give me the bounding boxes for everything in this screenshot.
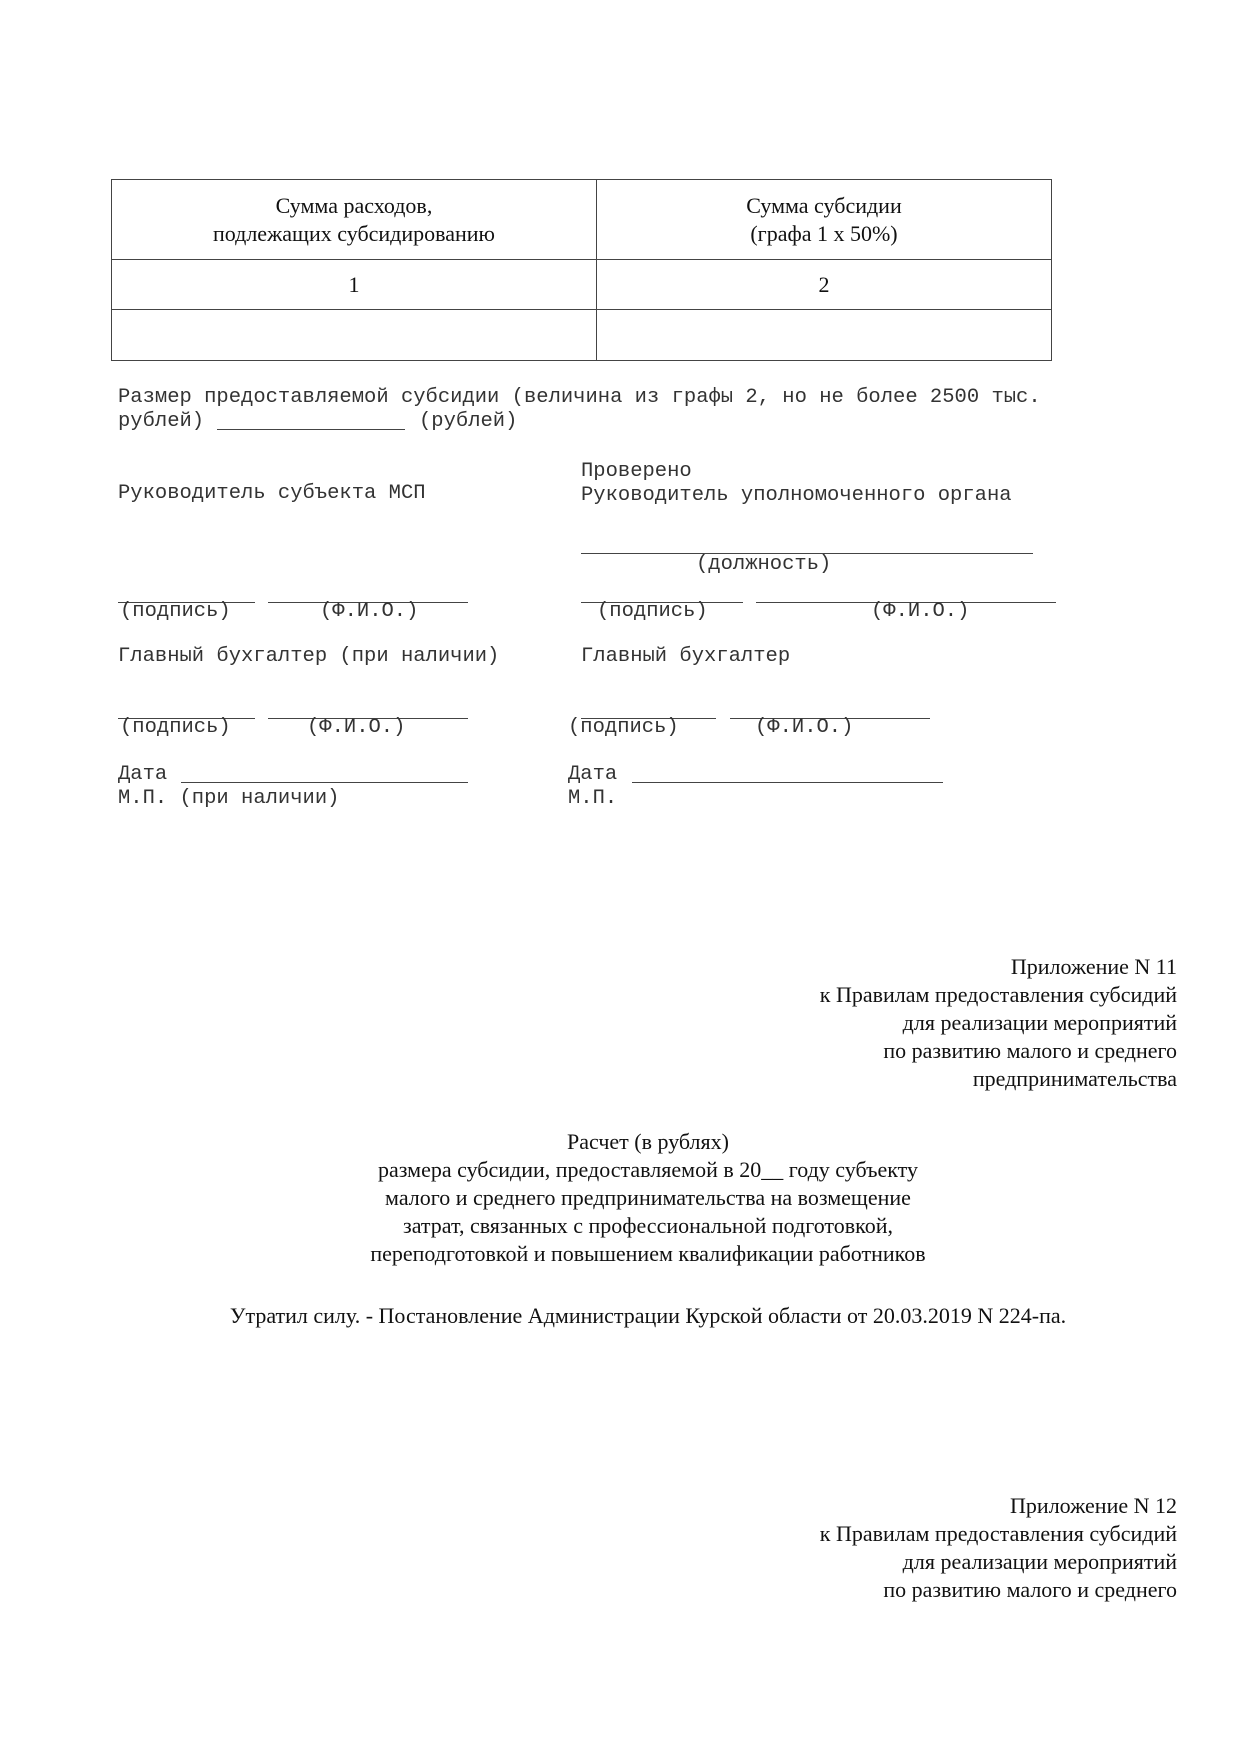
calculation-title-line: переподготовкой и повышением квалификаци…: [0, 1240, 1240, 1268]
header-expenses-sum: Сумма расходов, подлежащих субсидировани…: [112, 180, 597, 260]
header-subsidy-sum: Сумма субсидии (графа 1 x 50%): [597, 180, 1052, 260]
smb-accountant-fio-label: (Ф.И.О.): [307, 716, 405, 740]
subsidy-amount-field[interactable]: [217, 429, 405, 430]
appendix-11-line: предпринимательства: [577, 1065, 1177, 1093]
authority-accountant-fio-label: (Ф.И.О.): [755, 716, 853, 740]
authority-position-label: (должность): [696, 553, 831, 577]
subsidy-size-suffix: (рублей): [419, 410, 517, 434]
calculation-title-line: размера субсидии, предоставляемой в 20__…: [0, 1156, 1240, 1184]
smb-accountant-signature-label: (подпись): [120, 716, 231, 740]
table-row: [112, 310, 1052, 361]
authority-date-label: Дата: [568, 763, 617, 787]
authority-head-signature-label: (подпись): [597, 600, 708, 624]
smb-accountant-title: Главный бухгалтер (при наличии): [118, 645, 499, 669]
header-subsidy-line1: Сумма субсидии: [597, 192, 1051, 220]
repeal-note: Утратил силу. - Постановление Администра…: [0, 1302, 1240, 1330]
smb-head-fio-label: (Ф.И.О.): [320, 600, 418, 624]
calculation-title-line: малого и среднего предпринимательства на…: [0, 1184, 1240, 1212]
smb-stamp-label: М.П. (при наличии): [118, 787, 339, 811]
header-subsidy-line2: (графа 1 x 50%): [597, 220, 1051, 248]
header-expenses-line2: подлежащих субсидированию: [112, 220, 596, 248]
appendix-11-line: по развитию малого и среднего: [577, 1037, 1177, 1065]
authority-stamp-label: М.П.: [568, 787, 617, 811]
column-number-row: 1 2: [112, 260, 1052, 310]
authority-head-fio-label: (Ф.И.О.): [871, 600, 969, 624]
smb-date-field[interactable]: [181, 782, 468, 783]
calculation-title: Расчет (в рублях) размера субсидии, пред…: [0, 1128, 1240, 1268]
calculation-title-line: затрат, связанных с профессиональной под…: [0, 1212, 1240, 1240]
appendix-12-line: к Правилам предоставления субсидий: [577, 1520, 1177, 1548]
authority-accountant-title: Главный бухгалтер: [581, 645, 790, 669]
calculation-title-heading: Расчет (в рублях): [0, 1128, 1240, 1156]
table-header-row: Сумма расходов, подлежащих субсидировани…: [112, 180, 1052, 260]
appendix-11-title: Приложение N 11: [577, 953, 1177, 981]
smb-head-signature-label: (подпись): [120, 600, 231, 624]
smb-head-title: Руководитель субъекта МСП: [118, 482, 426, 506]
subsidy-calculation-table: Сумма расходов, подлежащих субсидировани…: [111, 179, 1052, 361]
appendix-11-header: Приложение N 11 к Правилам предоставлени…: [577, 953, 1177, 1093]
subsidy-size-line1: Размер предоставляемой субсидии (величин…: [118, 386, 1041, 410]
appendix-11-line: к Правилам предоставления субсидий: [577, 981, 1177, 1009]
appendix-11-line: для реализации мероприятий: [577, 1009, 1177, 1037]
subsidy-size-prefix: рублей): [118, 410, 204, 434]
column-number-2: 2: [597, 260, 1052, 310]
header-expenses-line1: Сумма расходов,: [112, 192, 596, 220]
appendix-12-title: Приложение N 12: [577, 1492, 1177, 1520]
authority-head-title: Руководитель уполномоченного органа: [581, 484, 1012, 508]
appendix-12-header: Приложение N 12 к Правилам предоставлени…: [577, 1492, 1177, 1604]
expenses-sum-cell[interactable]: [112, 310, 597, 361]
checked-label: Проверено: [581, 460, 692, 484]
appendix-12-line: по развитию малого и среднего: [577, 1576, 1177, 1604]
authority-date-field[interactable]: [632, 782, 943, 783]
appendix-12-line: для реализации мероприятий: [577, 1548, 1177, 1576]
authority-accountant-signature-label: (подпись): [568, 716, 679, 740]
smb-date-label: Дата: [118, 763, 167, 787]
column-number-1: 1: [112, 260, 597, 310]
subsidy-sum-cell[interactable]: [597, 310, 1052, 361]
